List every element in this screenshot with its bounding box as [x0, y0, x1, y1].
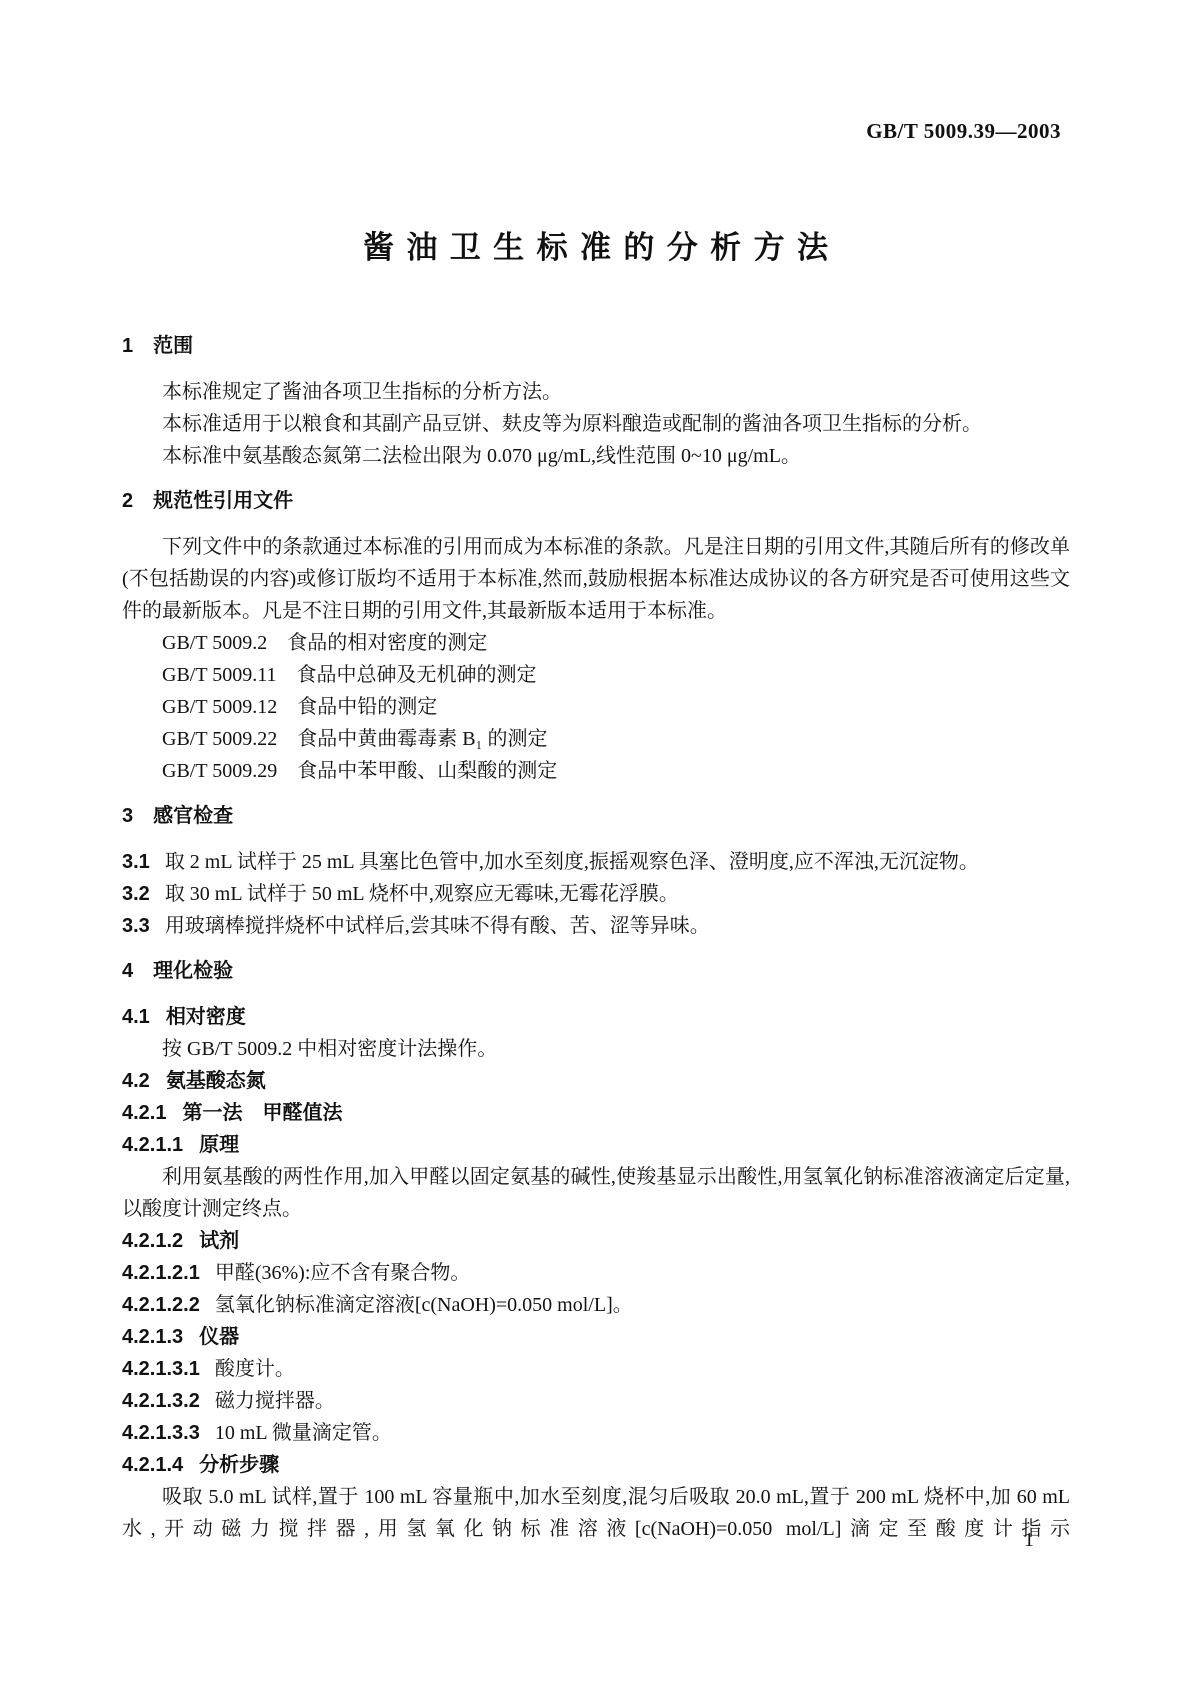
clause-number: 4.2.1.3.3 [122, 1422, 200, 1444]
section-number: 4.2.1.4 [122, 1454, 183, 1476]
section-title: 氨基酸态氮 [166, 1070, 266, 1092]
section-heading-2: 2规范性引用文件 [122, 485, 1070, 517]
clause-4-2-1-3-2: 4.2.1.3.2磁力搅拌器。 [122, 1385, 1070, 1417]
clause-4-2-1-2-1: 4.2.1.2.1甲醛(36%):应不含有聚合物。 [122, 1257, 1070, 1289]
section-heading-3: 3感官检查 [122, 800, 1070, 832]
subsection-heading-4-2: 4.2氨基酸态氮 [122, 1065, 1070, 1097]
section-title: 规范性引用文件 [153, 490, 293, 512]
section-number: 4.1 [122, 1006, 150, 1028]
clause-number: 4.2.1.3.1 [122, 1358, 200, 1380]
section-title: 原理 [199, 1134, 239, 1156]
clause-3-3: 3.3用玻璃棒搅拌烧杯中试样后,尝其味不得有酸、苦、涩等异味。 [122, 910, 1070, 942]
section-number: 4.2.1.1 [122, 1134, 183, 1156]
section-number: 3 [122, 805, 133, 827]
clause-3-1: 3.1取 2 mL 试样于 25 mL 具塞比色管中,加水至刻度,振摇观察色泽、… [122, 846, 1070, 878]
paragraph: 吸取 5.0 mL 试样,置于 100 mL 容量瓶中,加水至刻度,混匀后吸取 … [122, 1481, 1070, 1545]
section-title: 分析步骤 [199, 1454, 279, 1476]
section-title: 第一法 甲醛值法 [182, 1102, 342, 1124]
section-heading-1: 1范围 [122, 330, 1070, 362]
subsection-heading-4-1: 4.1相对密度 [122, 1001, 1070, 1033]
subsection-heading-4-2-1: 4.2.1第一法 甲醛值法 [122, 1097, 1070, 1129]
standard-code: GB/T 5009.39—2003 [866, 119, 1061, 144]
section-title: 范围 [153, 335, 193, 357]
clause-number: 4.2.1.2.2 [122, 1294, 200, 1316]
clause-text: 取 30 mL 试样于 50 mL 烧杯中,观察应无霉味,无霉花浮膜。 [165, 883, 679, 905]
paragraph: 按 GB/T 5009.2 中相对密度计法操作。 [122, 1033, 1070, 1065]
clause-4-2-1-3-1: 4.2.1.3.1酸度计。 [122, 1353, 1070, 1385]
page-number: 1 [1024, 1529, 1034, 1552]
clause-number: 3.2 [122, 883, 150, 905]
section-number: 2 [122, 490, 133, 512]
section-number: 4 [122, 960, 133, 982]
clause-text: 甲醛(36%):应不含有聚合物。 [215, 1262, 471, 1284]
section-number: 4.2.1 [122, 1102, 166, 1124]
section-number: 4.2.1.3 [122, 1326, 183, 1348]
clause-text: 酸度计。 [215, 1358, 295, 1380]
section-number: 1 [122, 335, 133, 357]
section-title: 感官检查 [153, 805, 233, 827]
clause-number: 3.1 [122, 851, 150, 873]
clause-text: 用玻璃棒搅拌烧杯中试样后,尝其味不得有酸、苦、涩等异味。 [165, 915, 710, 937]
reference-item: GB/T 5009.2 食品的相对密度的测定 [122, 627, 1070, 659]
clause-text: 取 2 mL 试样于 25 mL 具塞比色管中,加水至刻度,振摇观察色泽、澄明度… [165, 851, 979, 873]
document-body: 1范围 本标准规定了酱油各项卫生指标的分析方法。 本标准适用于以粮食和其副产品豆… [122, 317, 1070, 1545]
reference-item: GB/T 5009.22 食品中黄曲霉毒素 B₁ 的测定 [122, 723, 1070, 755]
subsection-heading-4-2-1-1: 4.2.1.1原理 [122, 1129, 1070, 1161]
clause-number: 4.2.1.3.2 [122, 1390, 200, 1412]
section-heading-4: 4理化检验 [122, 955, 1070, 987]
subsection-heading-4-2-1-4: 4.2.1.4分析步骤 [122, 1449, 1070, 1481]
clause-3-2: 3.2取 30 mL 试样于 50 mL 烧杯中,观察应无霉味,无霉花浮膜。 [122, 878, 1070, 910]
section-number: 4.2 [122, 1070, 150, 1092]
reference-item: GB/T 5009.11 食品中总砷及无机砷的测定 [122, 659, 1070, 691]
subsection-heading-4-2-1-3: 4.2.1.3仪器 [122, 1321, 1070, 1353]
clause-4-2-1-3-3: 4.2.1.3.310 mL 微量滴定管。 [122, 1417, 1070, 1449]
clause-number: 4.2.1.2.1 [122, 1262, 200, 1284]
section-number: 4.2.1.2 [122, 1230, 183, 1252]
subsection-heading-4-2-1-2: 4.2.1.2试剂 [122, 1225, 1070, 1257]
clause-text: 10 mL 微量滴定管。 [215, 1422, 392, 1444]
reference-item: GB/T 5009.12 食品中铅的测定 [122, 691, 1070, 723]
document-page: GB/T 5009.39—2003 酱油卫生标准的分析方法 1范围 本标准规定了… [0, 0, 1191, 1684]
reference-item: GB/T 5009.29 食品中苯甲酸、山梨酸的测定 [122, 755, 1070, 787]
paragraph: 下列文件中的条款通过本标准的引用而成为本标准的条款。凡是注日期的引用文件,其随后… [122, 531, 1070, 627]
clause-number: 3.3 [122, 915, 150, 937]
paragraph: 利用氨基酸的两性作用,加入甲醛以固定氨基的碱性,使羧基显示出酸性,用氢氧化钠标准… [122, 1161, 1070, 1225]
document-title: 酱油卫生标准的分析方法 [0, 222, 1191, 267]
paragraph: 本标准适用于以粮食和其副产品豆饼、麸皮等为原料酿造或配制的酱油各项卫生指标的分析… [122, 408, 1070, 440]
clause-text: 氢氧化钠标准滴定溶液[c(NaOH)=0.050 mol/L]。 [215, 1294, 633, 1316]
section-title: 仪器 [199, 1326, 239, 1348]
paragraph: 本标准规定了酱油各项卫生指标的分析方法。 [122, 376, 1070, 408]
clause-text: 磁力搅拌器。 [215, 1390, 335, 1412]
clause-4-2-1-2-2: 4.2.1.2.2氢氧化钠标准滴定溶液[c(NaOH)=0.050 mol/L]… [122, 1289, 1070, 1321]
section-title: 理化检验 [153, 960, 233, 982]
section-title: 相对密度 [166, 1006, 246, 1028]
paragraph: 本标准中氨基酸态氮第二法检出限为 0.070 μg/mL,线性范围 0~10 μ… [122, 440, 1070, 472]
section-title: 试剂 [199, 1230, 239, 1252]
